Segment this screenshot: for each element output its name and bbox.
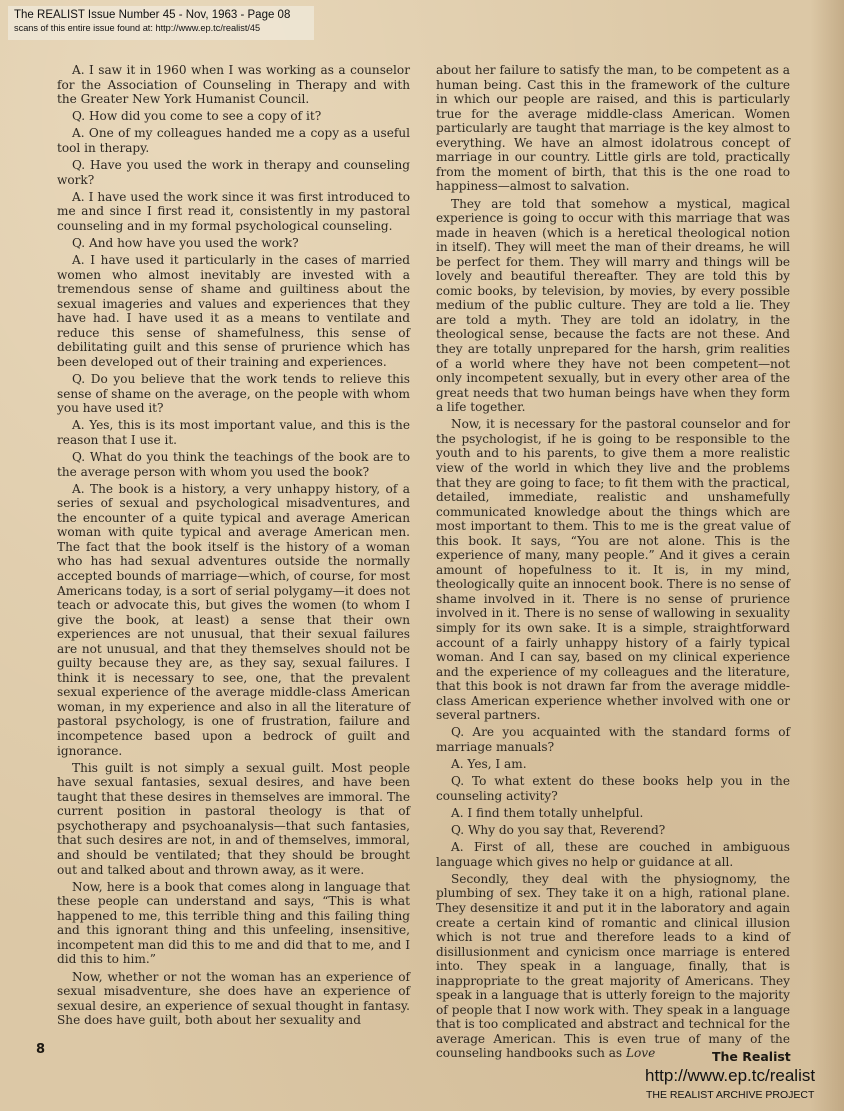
paragraph: This guilt is not simply a sexual guilt.… xyxy=(57,761,410,877)
masthead-the-realist: The Realist xyxy=(712,1049,791,1064)
paragraph: Q. Why do you say that, Reverend? xyxy=(436,823,790,838)
paragraph: Q. Are you acquainted with the standard … xyxy=(436,725,790,754)
issue-scans-note: scans of this entire issue found at: htt… xyxy=(14,22,308,34)
archive-url: http://www.ep.tc/realist xyxy=(645,1066,815,1086)
paragraph: Q. Do you believe that the work tends to… xyxy=(57,372,410,416)
paragraph: A. I find them totally unhelpful. xyxy=(436,806,790,821)
paragraph-text: Secondly, they deal with the physiognomy… xyxy=(436,872,790,1061)
paragraph: Q. Have you used the work in therapy and… xyxy=(57,158,410,187)
right-column: about her failure to satisfy the man, to… xyxy=(436,63,790,1064)
paragraph: A. Yes, I am. xyxy=(436,757,790,772)
paragraph: Now, here is a book that comes along in … xyxy=(57,880,410,967)
paragraph: A. The book is a history, a very unhappy… xyxy=(57,482,410,758)
paragraph: Q. And how have you used the work? xyxy=(57,236,410,251)
paragraph: A. I have used the work since it was fir… xyxy=(57,190,410,234)
page-number: 8 xyxy=(36,1042,45,1057)
archive-header-box: The REALIST Issue Number 45 - Nov, 1963 … xyxy=(8,6,314,40)
paragraph: A. Yes, this is its most important value… xyxy=(57,418,410,447)
paragraph: Q. What do you think the teachings of th… xyxy=(57,450,410,479)
final-paragraph: Secondly, they deal with the physiognomy… xyxy=(436,872,790,1061)
continued-paragraph: about her failure to satisfy the man, to… xyxy=(436,63,790,194)
archive-project-name: THE REALIST ARCHIVE PROJECT xyxy=(646,1089,814,1101)
paragraph: Now, whether or not the woman has an exp… xyxy=(57,970,410,1028)
paragraph: A. First of all, these are couched in am… xyxy=(436,840,790,869)
left-column: A. I saw it in 1960 when I was working a… xyxy=(57,63,410,1030)
book-title-italic: Love xyxy=(626,1046,655,1060)
issue-title: The REALIST Issue Number 45 - Nov, 1963 … xyxy=(14,8,308,22)
paragraph: Q. How did you come to see a copy of it? xyxy=(57,109,410,124)
paragraph: Now, it is necessary for the pastoral co… xyxy=(436,417,790,722)
paragraph: A. I saw it in 1960 when I was working a… xyxy=(57,63,410,107)
paragraph: A. I have used it particularly in the ca… xyxy=(57,253,410,369)
paragraph: A. One of my colleagues handed me a copy… xyxy=(57,126,410,155)
paragraph: Q. To what extent do these books help yo… xyxy=(436,774,790,803)
paragraph: They are told that somehow a mystical, m… xyxy=(436,197,790,415)
